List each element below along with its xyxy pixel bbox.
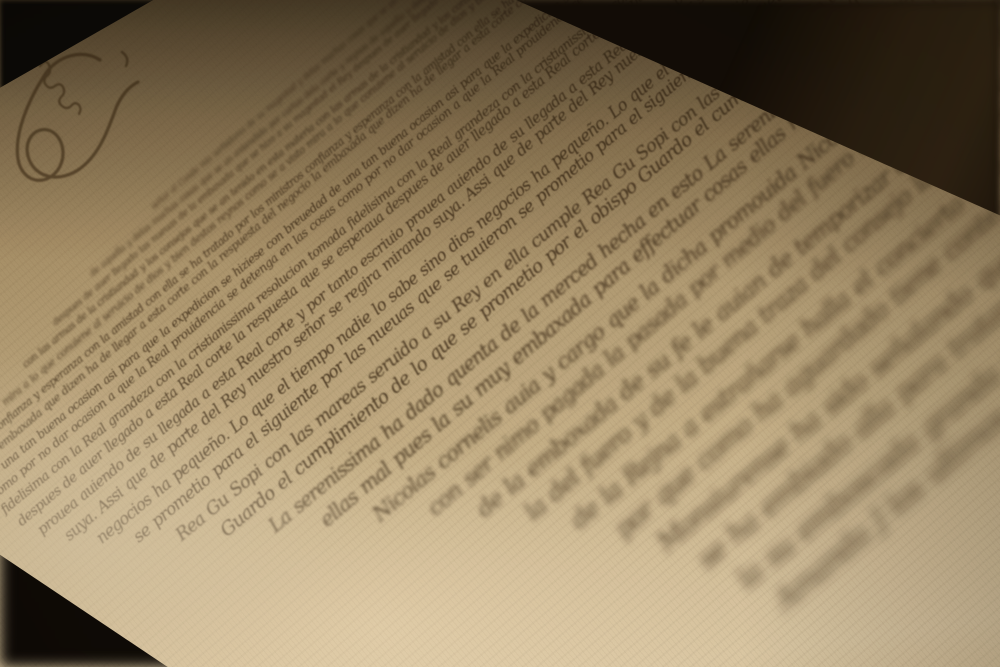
manuscript-photo: señor el Conde mis serbidores de su mage…	[0, 0, 1000, 667]
warm-color-grade	[0, 0, 1000, 667]
